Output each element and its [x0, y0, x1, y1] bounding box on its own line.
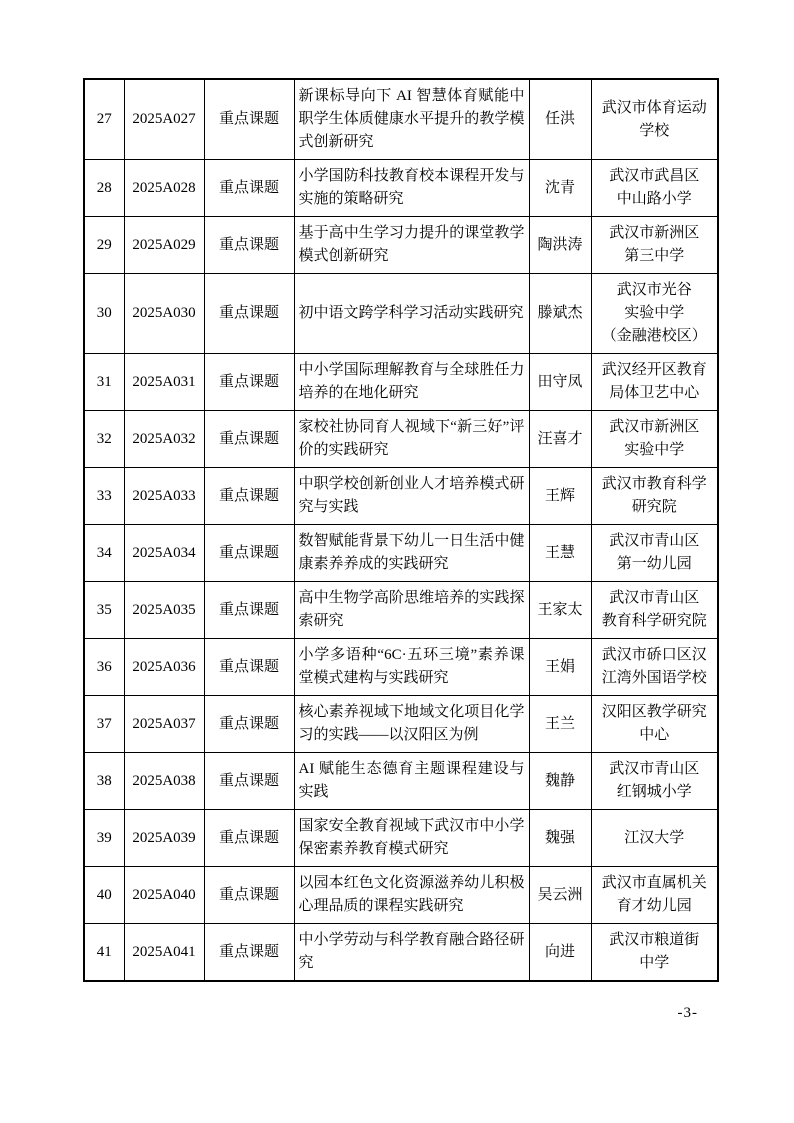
table-row: 40 2025A040 重点课题 以园本红色文化资源滋养幼儿积极心理品质的课程实… — [84, 867, 718, 924]
leader-institution-cell: 江汉大学 — [591, 810, 718, 867]
project-category-cell: 重点课题 — [204, 867, 294, 924]
leader-institution-cell: 武汉市青山区 红钢城小学 — [591, 753, 718, 810]
project-category-cell: 重点课题 — [204, 160, 294, 217]
project-category-cell: 重点课题 — [204, 217, 294, 274]
document-page: 27 2025A027 重点课题 新课标导向下 AI 智慧体育赋能中职学生体质健… — [0, 0, 794, 1123]
leader-institution-cell: 武汉市粮道街 中学 — [591, 924, 718, 982]
project-category-cell: 重点课题 — [204, 411, 294, 468]
table-row: 35 2025A035 重点课题 高中生物学高阶思维培养的实践探索研究 王家太 … — [84, 582, 718, 639]
project-leader-cell: 魏静 — [529, 753, 591, 810]
leader-institution-cell: 武汉经开区教育 局体卫艺中心 — [591, 354, 718, 411]
leader-institution-cell: 武汉市武昌区 中山路小学 — [591, 160, 718, 217]
table-row: 32 2025A032 重点课题 家校社协同育人视域下“新三好”评价的实践研究 … — [84, 411, 718, 468]
project-category-cell: 重点课题 — [204, 354, 294, 411]
project-title-cell: 小学国防科技教育校本课程开发与实施的策略研究 — [294, 160, 529, 217]
leader-institution-cell: 武汉市光谷 实验中学 （金融港校区） — [591, 274, 718, 354]
row-number-cell: 40 — [84, 867, 124, 924]
project-code-cell: 2025A041 — [124, 924, 204, 982]
project-category-cell: 重点课题 — [204, 753, 294, 810]
project-code-cell: 2025A038 — [124, 753, 204, 810]
project-category-cell: 重点课题 — [204, 582, 294, 639]
project-code-cell: 2025A028 — [124, 160, 204, 217]
leader-institution-cell: 武汉市硚口区汉 江湾外国语学校 — [591, 639, 718, 696]
leader-institution-cell: 武汉市新洲区 第三中学 — [591, 217, 718, 274]
row-number-cell: 32 — [84, 411, 124, 468]
project-leader-cell: 汪喜才 — [529, 411, 591, 468]
project-leader-cell: 田守凤 — [529, 354, 591, 411]
project-leader-cell: 滕斌杰 — [529, 274, 591, 354]
table-row: 37 2025A037 重点课题 核心素养视域下地域文化项目化学习的实践——以汉… — [84, 696, 718, 753]
project-leader-cell: 王家太 — [529, 582, 591, 639]
leader-institution-cell: 武汉市青山区 第一幼儿园 — [591, 525, 718, 582]
project-leader-cell: 王慧 — [529, 525, 591, 582]
project-code-cell: 2025A033 — [124, 468, 204, 525]
project-category-cell: 重点课题 — [204, 924, 294, 982]
project-title-cell: 初中语文跨学科学习活动实践研究 — [294, 274, 529, 354]
project-title-cell: 核心素养视域下地域文化项目化学习的实践——以汉阳区为例 — [294, 696, 529, 753]
project-category-cell: 重点课题 — [204, 696, 294, 753]
project-leader-cell: 吴云洲 — [529, 867, 591, 924]
project-title-cell: AI 赋能生态德育主题课程建设与实践 — [294, 753, 529, 810]
project-leader-cell: 魏强 — [529, 810, 591, 867]
project-title-cell: 新课标导向下 AI 智慧体育赋能中职学生体质健康水平提升的教学模式创新研究 — [294, 79, 529, 160]
leader-institution-cell: 武汉市青山区 教育科学研究院 — [591, 582, 718, 639]
project-leader-cell: 向进 — [529, 924, 591, 982]
project-code-cell: 2025A039 — [124, 810, 204, 867]
project-title-cell: 国家安全教育视域下武汉市中小学保密素养教育模式研究 — [294, 810, 529, 867]
project-leader-cell: 王娟 — [529, 639, 591, 696]
project-code-cell: 2025A029 — [124, 217, 204, 274]
project-category-cell: 重点课题 — [204, 810, 294, 867]
project-title-cell: 小学多语种“6C·五环三境”素养课堂模式建构与实践研究 — [294, 639, 529, 696]
table-row: 36 2025A036 重点课题 小学多语种“6C·五环三境”素养课堂模式建构与… — [84, 639, 718, 696]
page-number: -3- — [678, 1003, 699, 1023]
project-code-cell: 2025A036 — [124, 639, 204, 696]
projects-table: 27 2025A027 重点课题 新课标导向下 AI 智慧体育赋能中职学生体质健… — [83, 78, 719, 982]
leader-institution-cell: 武汉市新洲区 实验中学 — [591, 411, 718, 468]
table-row: 34 2025A034 重点课题 数智赋能背景下幼儿一日生活中健康素养养成的实践… — [84, 525, 718, 582]
table-row: 27 2025A027 重点课题 新课标导向下 AI 智慧体育赋能中职学生体质健… — [84, 79, 718, 160]
leader-institution-cell: 汉阳区教学研究 中心 — [591, 696, 718, 753]
project-title-cell: 以园本红色文化资源滋养幼儿积极心理品质的课程实践研究 — [294, 867, 529, 924]
row-number-cell: 38 — [84, 753, 124, 810]
project-code-cell: 2025A030 — [124, 274, 204, 354]
row-number-cell: 30 — [84, 274, 124, 354]
table-row: 39 2025A039 重点课题 国家安全教育视域下武汉市中小学保密素养教育模式… — [84, 810, 718, 867]
row-number-cell: 41 — [84, 924, 124, 982]
project-leader-cell: 王兰 — [529, 696, 591, 753]
row-number-cell: 35 — [84, 582, 124, 639]
project-title-cell: 基于高中生学习力提升的课堂教学模式创新研究 — [294, 217, 529, 274]
project-category-cell: 重点课题 — [204, 274, 294, 354]
project-code-cell: 2025A037 — [124, 696, 204, 753]
project-title-cell: 中职学校创新创业人才培养模式研究与实践 — [294, 468, 529, 525]
project-leader-cell: 沈青 — [529, 160, 591, 217]
project-code-cell: 2025A027 — [124, 79, 204, 160]
project-title-cell: 中小学国际理解教育与全球胜任力培养的在地化研究 — [294, 354, 529, 411]
project-code-cell: 2025A031 — [124, 354, 204, 411]
table-row: 41 2025A041 重点课题 中小学劳动与科学教育融合路径研究 向进 武汉市… — [84, 924, 718, 982]
leader-institution-cell: 武汉市体育运动 学校 — [591, 79, 718, 160]
project-title-cell: 家校社协同育人视域下“新三好”评价的实践研究 — [294, 411, 529, 468]
project-leader-cell: 王辉 — [529, 468, 591, 525]
table-row: 28 2025A028 重点课题 小学国防科技教育校本课程开发与实施的策略研究 … — [84, 160, 718, 217]
project-category-cell: 重点课题 — [204, 468, 294, 525]
leader-institution-cell: 武汉市教育科学 研究院 — [591, 468, 718, 525]
project-title-cell: 数智赋能背景下幼儿一日生活中健康素养养成的实践研究 — [294, 525, 529, 582]
project-category-cell: 重点课题 — [204, 79, 294, 160]
row-number-cell: 33 — [84, 468, 124, 525]
project-title-cell: 中小学劳动与科学教育融合路径研究 — [294, 924, 529, 982]
project-title-cell: 高中生物学高阶思维培养的实践探索研究 — [294, 582, 529, 639]
project-code-cell: 2025A032 — [124, 411, 204, 468]
project-category-cell: 重点课题 — [204, 639, 294, 696]
row-number-cell: 31 — [84, 354, 124, 411]
row-number-cell: 36 — [84, 639, 124, 696]
project-code-cell: 2025A034 — [124, 525, 204, 582]
table-row: 30 2025A030 重点课题 初中语文跨学科学习活动实践研究 滕斌杰 武汉市… — [84, 274, 718, 354]
project-code-cell: 2025A035 — [124, 582, 204, 639]
row-number-cell: 27 — [84, 79, 124, 160]
row-number-cell: 34 — [84, 525, 124, 582]
row-number-cell: 37 — [84, 696, 124, 753]
table-row: 31 2025A031 重点课题 中小学国际理解教育与全球胜任力培养的在地化研究… — [84, 354, 718, 411]
project-code-cell: 2025A040 — [124, 867, 204, 924]
row-number-cell: 29 — [84, 217, 124, 274]
table-row: 38 2025A038 重点课题 AI 赋能生态德育主题课程建设与实践 魏静 武… — [84, 753, 718, 810]
table-row: 33 2025A033 重点课题 中职学校创新创业人才培养模式研究与实践 王辉 … — [84, 468, 718, 525]
leader-institution-cell: 武汉市直属机关 育才幼儿园 — [591, 867, 718, 924]
table-row: 29 2025A029 重点课题 基于高中生学习力提升的课堂教学模式创新研究 陶… — [84, 217, 718, 274]
project-category-cell: 重点课题 — [204, 525, 294, 582]
project-leader-cell: 任洪 — [529, 79, 591, 160]
row-number-cell: 39 — [84, 810, 124, 867]
project-leader-cell: 陶洪涛 — [529, 217, 591, 274]
projects-table-body: 27 2025A027 重点课题 新课标导向下 AI 智慧体育赋能中职学生体质健… — [84, 79, 718, 981]
row-number-cell: 28 — [84, 160, 124, 217]
